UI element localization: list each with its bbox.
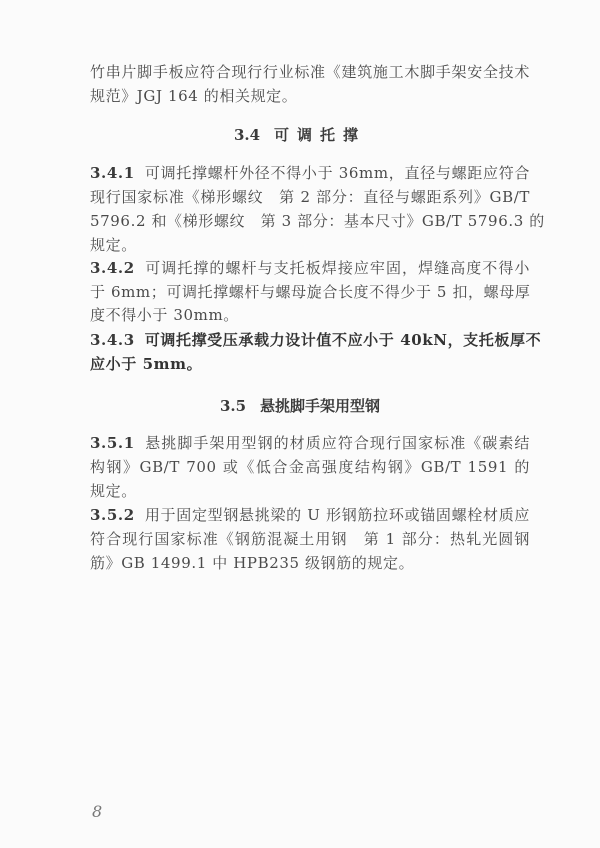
section-title: 悬挑脚手架用型钢 — [260, 397, 380, 415]
clause-number: 3.4.3 — [90, 331, 135, 349]
clause-text: 悬挑脚手架用型钢的材质应符合现行国家标准《碳素结 — [145, 434, 530, 452]
body-text-line: 规定。 — [90, 235, 530, 255]
section-heading-3-4: 3.4可调托撑 — [0, 124, 600, 145]
page-number: 8 — [92, 802, 102, 821]
clause-number: 3.5.2 — [90, 506, 135, 524]
body-text-line: 符合现行国家标准《钢筋混凝土用钢 第 1 部分：热轧光圆钢 — [90, 529, 530, 549]
clause-3-4-3: 3.4.3可调托撑受压承载力设计值不应小于 40kN，支托板厚不 — [90, 330, 530, 350]
section-title: 可调托撑 — [274, 126, 366, 144]
section-heading-3-5: 3.5悬挑脚手架用型钢 — [0, 395, 600, 416]
body-text-line: 构钢》GB/T 700 或《低合金高强度结构钢》GB/T 1591 的 — [90, 457, 530, 477]
clause-number: 3.4.2 — [90, 259, 135, 277]
section-number: 3.4 — [234, 126, 260, 144]
body-text-line: 现行国家标准《梯形螺纹 第 2 部分：直径与螺距系列》GB/T — [90, 187, 530, 207]
body-text-line: 5796.2 和《梯形螺纹 第 3 部分：基本尺寸》GB/T 5796.3 的 — [90, 211, 530, 231]
body-text-line: 于 6mm；可调托撑螺杆与螺母旋合长度不得少于 5 扣，螺母厚 — [90, 282, 530, 302]
document-page: 竹串片脚手板应符合现行行业标准《建筑施工木脚手架安全技术 规范》JGJ 164 … — [0, 0, 600, 848]
body-text-line: 筋》GB 1499.1 中 HPB235 级钢筋的规定。 — [90, 553, 530, 573]
clause-text: 可调托撑螺杆外径不得小于 36mm，直径与螺距应符合 — [145, 164, 530, 182]
body-text-line: 竹串片脚手板应符合现行行业标准《建筑施工木脚手架安全技术 — [90, 62, 530, 82]
clause-text: 用于固定型钢悬挑梁的 U 形钢筋拉环或锚固螺栓材质应 — [145, 506, 530, 524]
section-number: 3.5 — [220, 397, 246, 415]
body-text-line: 规范》JGJ 164 的相关规定。 — [90, 86, 530, 106]
clause-text: 可调托撑受压承载力设计值不应小于 40kN，支托板厚不 — [145, 331, 541, 349]
clause-3-4-1: 3.4.1可调托撑螺杆外径不得小于 36mm，直径与螺距应符合 — [90, 163, 530, 183]
body-text-line: 度不得小于 30mm。 — [90, 305, 530, 325]
clause-number: 3.4.1 — [90, 164, 135, 182]
clause-text: 可调托撑的螺杆与支托板焊接应牢固，焊缝高度不得小 — [145, 259, 530, 277]
clause-3-4-2: 3.4.2可调托撑的螺杆与支托板焊接应牢固，焊缝高度不得小 — [90, 258, 530, 278]
clause-3-5-1: 3.5.1悬挑脚手架用型钢的材质应符合现行国家标准《碳素结 — [90, 433, 530, 453]
clause-3-5-2: 3.5.2用于固定型钢悬挑梁的 U 形钢筋拉环或锚固螺栓材质应 — [90, 505, 530, 525]
clause-number: 3.5.1 — [90, 434, 135, 452]
body-text-line: 规定。 — [90, 481, 530, 501]
body-text-line: 应小于 5mm。 — [90, 354, 530, 374]
